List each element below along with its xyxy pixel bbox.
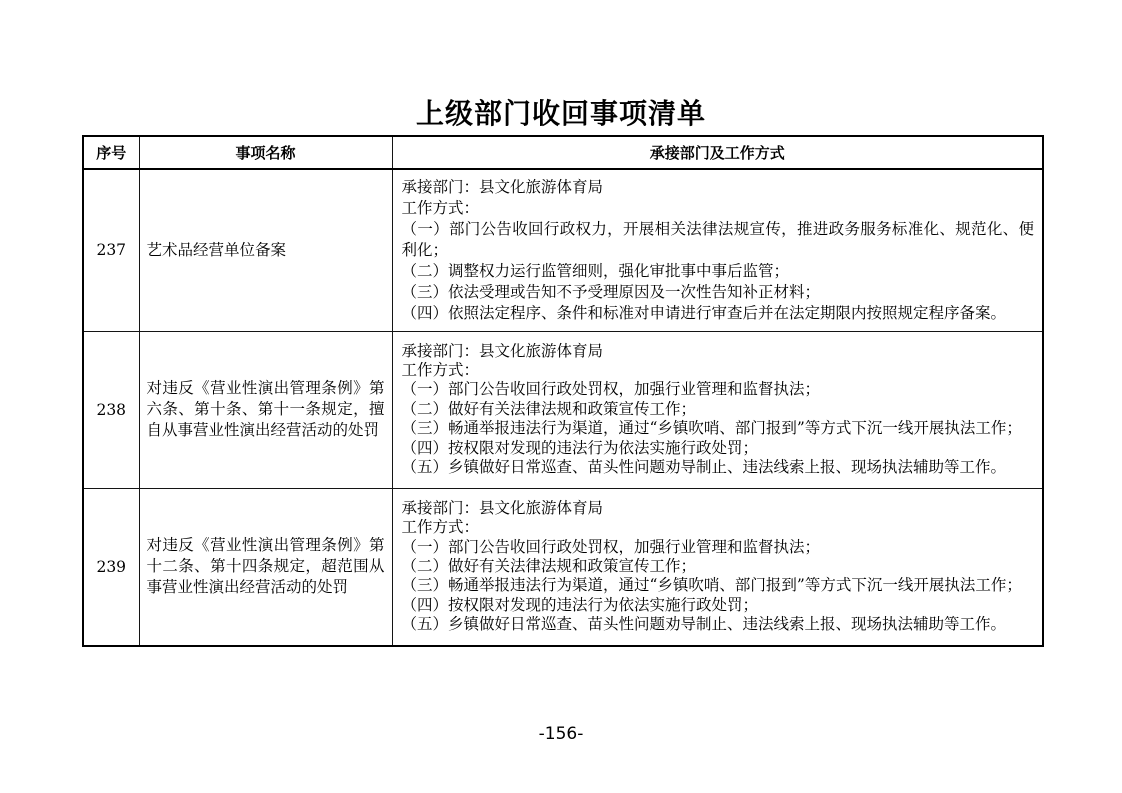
dept-method-cell: 承接部门：县文化旅游体育局 工作方式： （一）部门公告收回行政处罚权，加强行业管… — [392, 488, 1043, 646]
item-name: 艺术品经营单位备案 — [139, 169, 392, 331]
method-item: （二）调整权力运行监管细则，强化审批事中事后监管； — [402, 261, 1035, 282]
method-label: 工作方式： — [402, 198, 1035, 219]
table-row-239: 239 对违反《营业性演出管理条例》第十二条、第十四条规定，超范围从事营业性演出… — [83, 488, 1043, 646]
serial-number: 237 — [83, 169, 139, 331]
method-item: （三）依法受理或告知不予受理原因及一次性告知补正材料； — [402, 282, 1035, 303]
method-item: （三）畅通举报违法行为渠道，通过“乡镇吹哨、部门报到”等方式下沉一线开展执法工作… — [402, 576, 1035, 595]
page-number: -156- — [0, 724, 1122, 744]
method-item: （一）部门公告收回行政处罚权，加强行业管理和监督执法； — [402, 380, 1035, 399]
dept-line: 承接部门：县文化旅游体育局 — [402, 342, 1035, 361]
serial-number: 239 — [83, 488, 139, 646]
method-item: （三）畅通举报违法行为渠道，通过“乡镇吹哨、部门报到”等方式下沉一线开展执法工作… — [402, 419, 1035, 438]
method-item: （四）按权限对发现的违法行为依法实施行政处罚； — [402, 439, 1035, 458]
method-label: 工作方式： — [402, 518, 1035, 537]
header-serial-number: 序号 — [83, 136, 139, 169]
table-header-row: 序号 事项名称 承接部门及工作方式 — [83, 136, 1043, 169]
method-item: （二）做好有关法律法规和政策宣传工作； — [402, 400, 1035, 419]
method-item: （四）依照法定程序、条件和标准对申请进行审查后并在法定期限内按照规定程序备案。 — [402, 303, 1035, 324]
item-name: 对违反《营业性演出管理条例》第六条、第十条、第十一条规定，擅自从事营业性演出经营… — [139, 331, 392, 488]
dept-method-cell: 承接部门：县文化旅游体育局 工作方式： （一）部门公告收回行政处罚权，加强行业管… — [392, 331, 1043, 488]
method-label: 工作方式： — [402, 361, 1035, 380]
header-dept-and-method: 承接部门及工作方式 — [392, 136, 1043, 169]
dept-method-cell: 承接部门：县文化旅游体育局 工作方式： （一）部门公告收回行政权力，开展相关法律… — [392, 169, 1043, 331]
header-item-name: 事项名称 — [139, 136, 392, 169]
page-title: 上级部门收回事项清单 — [0, 92, 1122, 132]
method-item: （二）做好有关法律法规和政策宣传工作； — [402, 557, 1035, 576]
dept-line: 承接部门：县文化旅游体育局 — [402, 499, 1035, 518]
table-row-238: 238 对违反《营业性演出管理条例》第六条、第十条、第十一条规定，擅自从事营业性… — [83, 331, 1043, 488]
method-item: （五）乡镇做好日常巡查、苗头性问题劝导制止、违法线索上报、现场执法辅助等工作。 — [402, 458, 1035, 477]
reclaimed-items-table: 序号 事项名称 承接部门及工作方式 237 艺术品经营单位备案 承接部门：县文化… — [82, 135, 1044, 647]
method-item: （一）部门公告收回行政处罚权，加强行业管理和监督执法； — [402, 538, 1035, 557]
item-name: 对违反《营业性演出管理条例》第十二条、第十四条规定，超范围从事营业性演出经营活动… — [139, 488, 392, 646]
serial-number: 238 — [83, 331, 139, 488]
method-item: （五）乡镇做好日常巡查、苗头性问题劝导制止、违法线索上报、现场执法辅助等工作。 — [402, 615, 1035, 634]
method-item: （一）部门公告收回行政权力，开展相关法律法规宣传，推进政务服务标准化、规范化、便… — [402, 219, 1035, 261]
table-row-237: 237 艺术品经营单位备案 承接部门：县文化旅游体育局 工作方式： （一）部门公… — [83, 169, 1043, 331]
dept-line: 承接部门：县文化旅游体育局 — [402, 177, 1035, 198]
method-item: （四）按权限对发现的违法行为依法实施行政处罚； — [402, 596, 1035, 615]
